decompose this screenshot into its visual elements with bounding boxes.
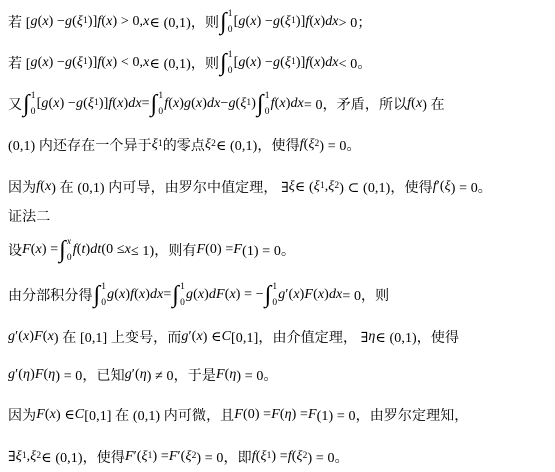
document: 若 [g(x) − g(ξ1)]f(x) > 0, x ∈ (0,1)，则 ∫1…: [0, 0, 555, 472]
text-line-9: g′(x)F(x) 在 [0,1] 上变号，而 g′(x) ∈ C[0,1]，由…: [8, 321, 459, 353]
text-line-12: ∃ξ1, ξ2 ∈ (0,1)，使得 F′(ξ1) = F′(ξ2) = 0，即…: [8, 441, 349, 472]
text-line-2: 若 [g(x) − g(ξ1)]f(x) < 0, x ∈ (0,1)，则 ∫1…: [8, 47, 371, 79]
integral-symbol: ∫10: [220, 9, 233, 35]
integral-symbol: ∫10: [265, 282, 278, 308]
text-line-11: 因为 F(x) ∈ C[0,1] 在 (0,1) 内可微，且 F(0) = F(…: [8, 399, 468, 431]
text-line-7: 设 F(x) = ∫x0 f(t)dt(0 ≤ x ≤ 1)，则有 F(0) =…: [8, 234, 295, 266]
text-line-8: 由分部积分得 ∫10 g(x)f(x)dx = ∫10 g(x)dF(x) = …: [8, 279, 389, 311]
text-line-3: 又 ∫10[g(x) − g(ξ1)]f(x)dx = ∫10 f(x)g(x)…: [8, 88, 445, 120]
integral-symbol: ∫10: [94, 282, 107, 308]
text-line-4: (0,1) 内还存在一个异于 ξ1 的零点 ξ2 ∈ (0,1)，使得 f(ξ2…: [8, 129, 361, 161]
integral-symbol: ∫10: [257, 91, 270, 117]
text-line-6: 证法二: [8, 200, 50, 232]
integral-symbol: ∫10: [23, 91, 36, 117]
integral-symbol: ∫x0: [59, 237, 72, 263]
integral-symbol: ∫10: [151, 91, 164, 117]
integral-symbol: ∫10: [220, 50, 233, 76]
text-line-10: g′(η)F(η) = 0，已知 g′(η) ≠ 0，于是 F(η) = 0。: [8, 359, 278, 391]
text-line-1: 若 [g(x) − g(ξ1)]f(x) > 0, x ∈ (0,1)，则 ∫1…: [8, 6, 371, 38]
integral-symbol: ∫10: [172, 282, 185, 308]
text-line-5: 因为 f(x) 在 (0,1) 内可导，由罗尔中值定理， ∃ξ ∈ (ξ1, ξ…: [8, 171, 492, 203]
